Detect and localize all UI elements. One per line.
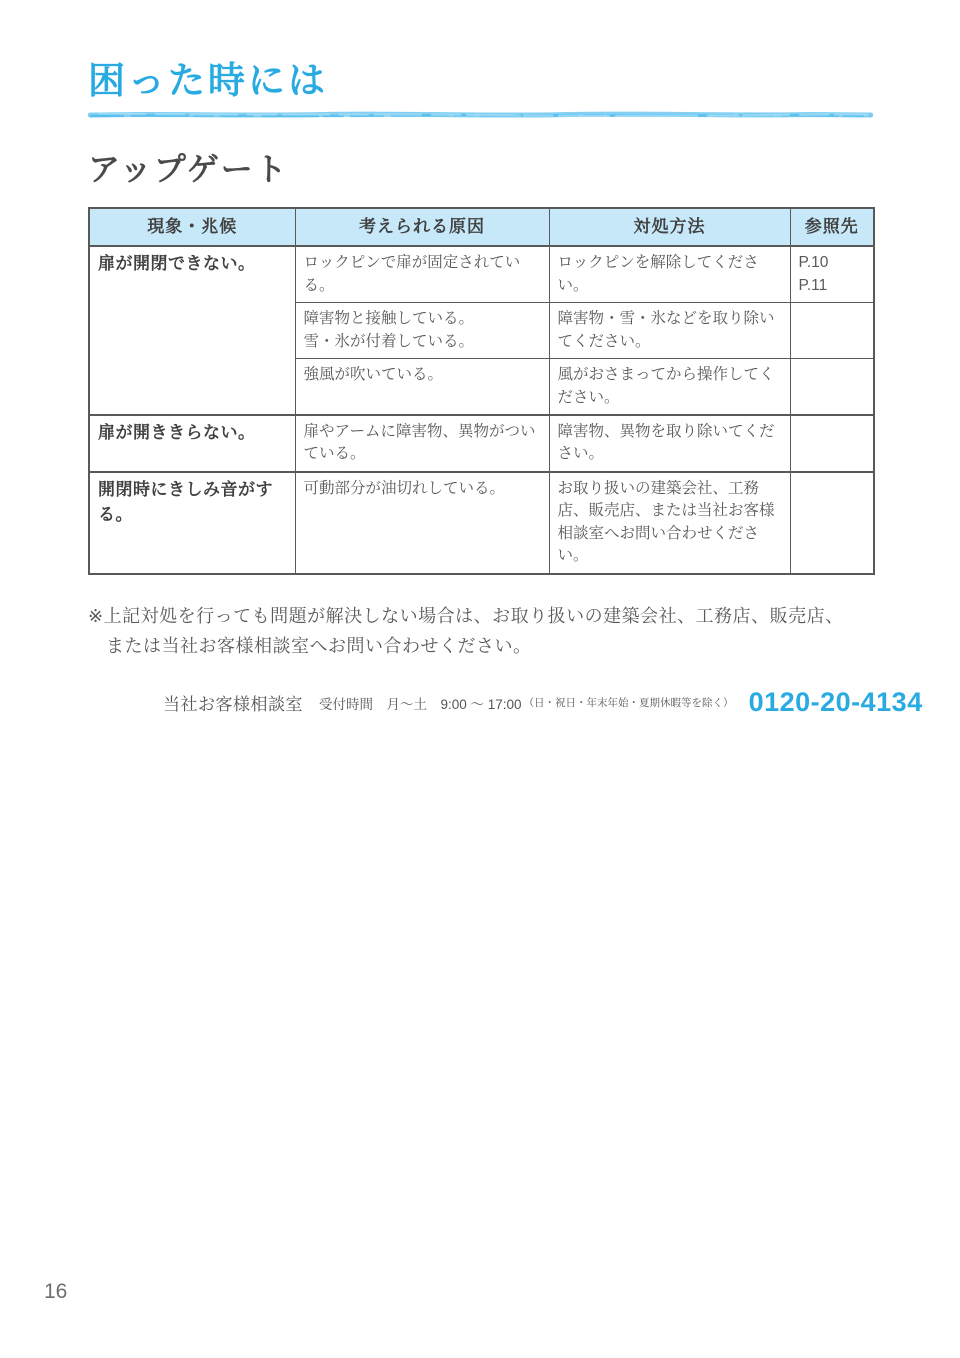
action-cell: ロックピンを解除してください。 [549, 246, 790, 302]
page-content: 困った時には アップゲート 現象・兆候 考えられる原因 対処方法 参照先 扉が開… [88, 0, 873, 718]
section-title: アップゲート [88, 144, 873, 190]
action-cell: 風がおさまってから操作してください。 [549, 359, 790, 415]
symptom-cell: 開閉時にきしみ音がする。 [89, 472, 295, 574]
page-title: 困った時には [88, 60, 873, 103]
contact-label: 当社お客様相談室 [163, 690, 303, 715]
reference-cell [790, 415, 874, 472]
table-row: 扉が開閉できない。 ロックピンで扉が固定されている。 ロックピンを解除してくださ… [89, 246, 874, 302]
contact-hours: 受付時間 月～土 9:00 ～ 17:00 [319, 693, 522, 713]
footnote: ※上記対処を行っても問題が解決しない場合は、お取り扱いの建築会社、工務店、販売店… [88, 602, 873, 661]
action-cell: 障害物・雪・氷などを取り除いてください。 [549, 303, 790, 359]
reference-cell: P.10 P.11 [790, 246, 874, 302]
column-header-action: 対処方法 [549, 208, 790, 247]
column-header-reference: 参照先 [790, 208, 874, 247]
reference-cell [790, 472, 874, 574]
action-cell: 障害物、異物を取り除いてください。 [549, 415, 790, 472]
reference-cell [790, 359, 874, 415]
cause-cell: 障害物と接触している。 雪・氷が付着している。 [295, 303, 549, 359]
cause-cell: 可動部分が油切れしている。 [295, 472, 549, 574]
reference-cell [790, 303, 874, 359]
table-header-row: 現象・兆候 考えられる原因 対処方法 参照先 [89, 208, 874, 247]
cause-cell: ロックピンで扉が固定されている。 [295, 246, 549, 302]
table-row: 扉が開ききらない。 扉やアームに障害物、異物がついている。 障害物、異物を取り除… [89, 415, 874, 472]
column-header-cause: 考えられる原因 [295, 208, 549, 247]
page-number: 16 [44, 1280, 67, 1304]
column-header-symptom: 現象・兆候 [89, 208, 295, 247]
title-underline-brush [88, 108, 873, 120]
symptom-cell: 扉が開ききらない。 [89, 415, 295, 472]
contact-hours-note: （日・祝日・年末年始・夏期休暇等を除く） [524, 695, 734, 710]
symptom-cell: 扉が開閉できない。 [89, 246, 295, 415]
cause-cell: 強風が吹いている。 [295, 359, 549, 415]
contact-line: 当社お客様相談室 受付時間 月～土 9:00 ～ 17:00 （日・祝日・年末年… [163, 687, 873, 718]
troubleshooting-table: 現象・兆候 考えられる原因 対処方法 参照先 扉が開閉できない。 ロックピンで扉… [88, 207, 875, 575]
action-cell: お取り扱いの建築会社、工務店、販売店、または当社お客様相談室へお問い合わせくださ… [549, 472, 790, 574]
table-row: 開閉時にきしみ音がする。 可動部分が油切れしている。 お取り扱いの建築会社、工務… [89, 472, 874, 574]
cause-cell: 扉やアームに障害物、異物がついている。 [295, 415, 549, 472]
phone-number: 0120-20-4134 [749, 687, 923, 718]
